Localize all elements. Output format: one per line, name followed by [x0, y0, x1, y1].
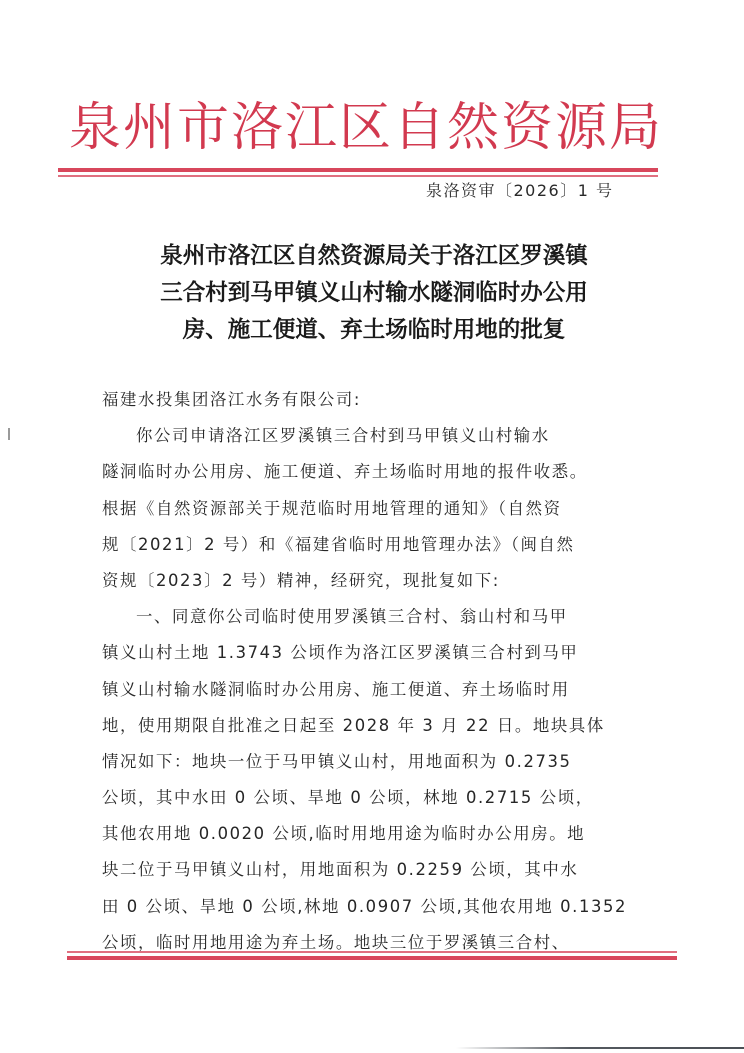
footer-divider-thick — [67, 956, 677, 960]
body-line: 根据《自然资源部关于规范临时用地管理的通知》（自然资 — [102, 491, 642, 527]
body-line: 隧洞临时办公用房、施工便道、弃土场临时用地的报件收悉。 — [102, 454, 642, 490]
scan-artifact-mark — [8, 428, 10, 440]
footer-divider-thin — [67, 951, 677, 953]
body-line: 块二位于马甲镇义山村，用地面积为 0.2259 公顷，其中水 — [102, 852, 642, 888]
body-line: 你公司申请洛江区罗溪镇三合村到马甲镇义山村输水 — [102, 418, 642, 454]
issuer-masthead: 泉州市洛江区自然资源局 — [66, 96, 666, 160]
scan-artifact-edge — [456, 1047, 744, 1049]
body-line: 田 0 公顷、旱地 0 公顷,林地 0.0907 公顷,其他农用地 0.1352 — [102, 889, 642, 925]
body-line: 公顷，其中水田 0 公顷、旱地 0 公顷，林地 0.2715 公顷， — [102, 780, 642, 816]
body-line: 一、同意你公司临时使用罗溪镇三合村、翁山村和马甲 — [102, 599, 642, 635]
document-number: 泉洛资审〔2026〕1 号 — [426, 178, 614, 201]
body-line: 镇义山村土地 1.3743 公顷作为洛江区罗溪镇三合村到马甲 — [102, 635, 642, 671]
body-line: 规〔2021〕2 号）和《福建省临时用地管理办法》（闽自然 — [102, 527, 642, 563]
salutation: 福建水投集团洛江水务有限公司: — [102, 382, 642, 418]
title-line: 房、施工便道、弃土场临时用地的批复 — [96, 312, 652, 349]
body-line: 其他农用地 0.0020 公顷,临时用地用途为临时办公用房。地 — [102, 816, 642, 852]
header-divider-thin — [58, 175, 658, 177]
body-line: 情况如下：地块一位于马甲镇义山村，用地面积为 0.2735 — [102, 744, 642, 780]
title-line: 泉州市洛江区自然资源局关于洛江区罗溪镇 — [96, 238, 652, 275]
document-body: 福建水投集团洛江水务有限公司: 你公司申请洛江区罗溪镇三合村到马甲镇义山村输水 … — [102, 382, 642, 961]
title-line: 三合村到马甲镇义山村输水隧洞临时办公用 — [96, 275, 652, 312]
header-divider-thick — [58, 168, 658, 172]
document-title: 泉州市洛江区自然资源局关于洛江区罗溪镇 三合村到马甲镇义山村输水隧洞临时办公用 … — [96, 238, 652, 349]
body-line: 资规〔2023〕2 号）精神，经研究，现批复如下: — [102, 563, 642, 599]
body-line: 地，使用期限自批准之日起至 2028 年 3 月 22 日。地块具体 — [102, 708, 642, 744]
body-line: 镇义山村输水隧洞临时办公用房、施工便道、弃土场临时用 — [102, 672, 642, 708]
